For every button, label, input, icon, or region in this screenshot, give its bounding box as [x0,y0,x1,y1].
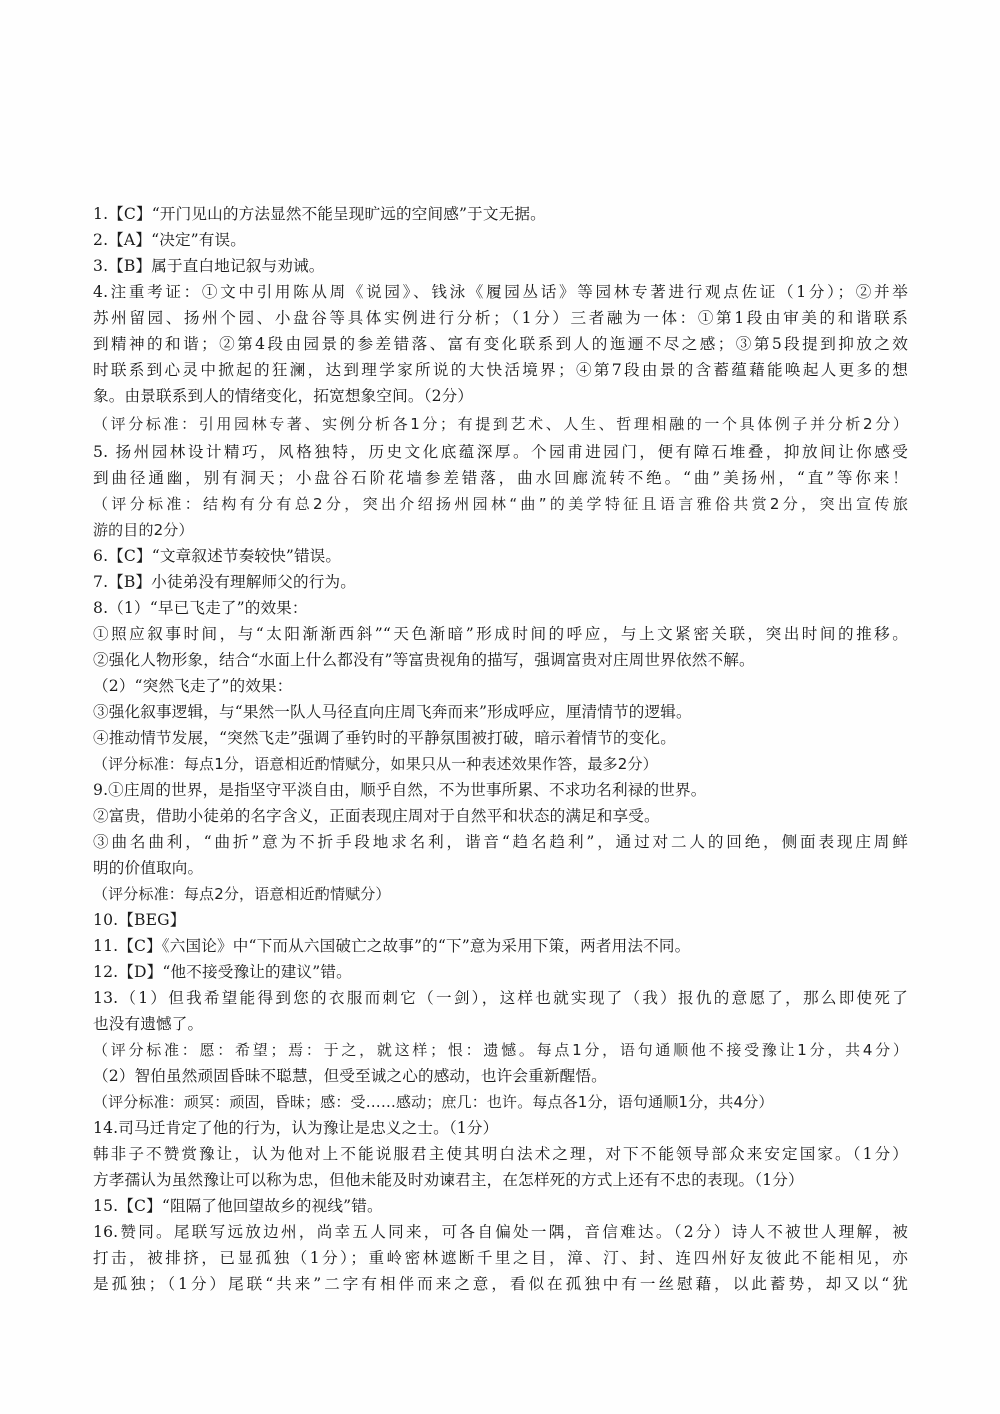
answer-line: ③曲名曲利，“曲折”意为不折手段地求名利，谐音“趋名趋利”，通过对二人的回绝，侧… [93,830,908,854]
answer-line: 6.【C】“文章叙述节奏较快”错误。 [93,544,341,568]
answer-line: 8.（1）“早已飞走了”的效果： [93,596,308,620]
grading-note-line: 游的目的2分） [93,518,194,542]
answer-line: ②强化人物形象，结合“水面上什么都没有”等富贵视角的描写，强调富贵对庄周世界依然… [93,648,755,672]
answer-line: 3.【B】属于直白地记叙与劝诫。 [93,254,324,278]
grading-note-line: （评分标准：每点1分，语意相近酌情赋分，如果只从一种表述效果作答，最多2分） [93,752,658,776]
grading-note-line: （评分标准：愿：希望；焉：于之，就这样；恨：遗憾。每点1分，语句通顺他不接受豫让… [93,1038,908,1062]
answer-line: 12.【D】“他不接受豫让的建议”错。 [93,960,352,984]
answer-line: ①照应叙事时间，与“太阳渐渐西斜”“天色渐暗”形成时间的呼应，与上文紧密关联，突… [93,622,908,646]
answer-line: （2）智伯虽然顽固昏昧不聪慧，但受至诚之心的感动，也许会重新醒悟。 [93,1064,607,1088]
document-page: 1.【C】“开门见山的方法显然不能呈现旷远的空间感”于文无据。2.【A】“决定”… [0,0,1000,1414]
answer-line: 9.①庄周的世界，是指坚守平淡自由，顺乎自然，不为世事所累、不求功名利禄的世界。 [93,778,706,802]
answer-line: 到曲径通幽，别有洞天；小盘谷石阶花墙参差错落，曲水回廊流转不绝。“曲”美扬州，“… [93,466,908,490]
answer-line: 时联系到心灵中掀起的狂澜，达到理学家所说的大快活境界；④第7段由景的含蓄蕴藉能唤… [93,358,908,382]
answer-line: 象。由景联系到人的情绪变化，拓宽想象空间。（2分） [93,384,473,408]
answer-line: 4.注重考证：①文中引用陈从周《说园》、钱泳《履园丛话》等园林专著进行观点佐证（… [93,280,908,304]
answer-line: 也没有遗憾了。 [93,1012,203,1036]
grading-note-line: （评分标准：引用园林专著、实例分析各1分；有提到艺术、人生、哲理相融的一个具体例… [93,412,908,436]
answer-line: 苏州留园、扬州个园、小盘谷等具体实例进行分析；（1分）三者融为一体：①第1段由审… [93,306,908,330]
answer-line: ④推动情节发展，“突然飞走”强调了垂钓时的平静氛围被打破，暗示着情节的变化。 [93,726,676,750]
answer-line: 到精神的和谐；②第4段由园景的参差错落、富有变化联系到人的迤逦不尽之感；③第5段… [93,332,908,356]
grading-note-line: （评分标准：顽冥：顽固，昏昧；感：受……感动；庶几：也许。每点各1分，语句通顺1… [93,1090,774,1114]
answer-line: 11.【C】《六国论》中“下而从六国破亡之故事”的“下”意为采用下策，两者用法不… [93,934,690,958]
answer-line: 14.司马迁肯定了他的行为，认为豫让是忠义之士。（1分） [93,1116,498,1140]
answer-line: 16.赞同。尾联写远放边州，尚幸五人同来，可各自偏处一隅，音信难达。（2分）诗人… [93,1220,908,1244]
answer-line: 1.【C】“开门见山的方法显然不能呈现旷远的空间感”于文无据。 [93,202,546,226]
answer-line: 是孤独；（1分）尾联“共来”二字有相伴而来之意，看似在孤独中有一丝慰藉，以此蓄势… [93,1272,908,1296]
answer-line: ③强化叙事逻辑，与“果然一队人马径直向庄周飞奔而来”形成呼应，厘清情节的逻辑。 [93,700,692,724]
answer-line: 韩非子不赞赏豫让，认为他对上不能说服君主使其明白法术之理，对下不能领导部众来安定… [93,1142,908,1166]
answer-line: （2）“突然飞走了”的效果： [93,674,293,698]
answer-line: 7.【B】小徒弟没有理解师父的行为。 [93,570,356,594]
answer-line: 15.【C】“阻隔了他回望故乡的视线”错。 [93,1194,383,1218]
answer-line: ②富贵，借助小徒弟的名字含义，正面表现庄周对于自然平和状态的满足和享受。 [93,804,660,828]
grading-note-line: （评分标准：每点2分，语意相近酌情赋分） [93,882,391,906]
answer-line: 5. 扬州园林设计精巧，风格独特，历史文化底蕴深厚。个园甫进园门，便有障石堆叠，… [93,440,908,464]
answer-line: 方孝孺认为虽然豫让可以称为忠，但他未能及时劝谏君主，在怎样死的方式上还有不忠的表… [93,1168,804,1192]
answer-line: 明的价值取向。 [93,856,203,880]
answer-line: 打击，被排挤，已显孤独（1分）；重岭密林遮断千里之目，漳、汀、封、连四州好友彼此… [93,1246,908,1270]
answer-line: 10.【BEG】 [93,908,186,932]
answer-line: 13.（1）但我希望能得到您的衣服而刺它（一剑），这样也就实现了（我）报仇的意愿… [93,986,908,1010]
answer-line: 2.【A】“决定”有误。 [93,228,246,252]
grading-note-line: （评分标准：结构有分有总2分，突出介绍扬州园林“曲”的美学特征且语言雅俗共赏2分… [93,492,908,516]
